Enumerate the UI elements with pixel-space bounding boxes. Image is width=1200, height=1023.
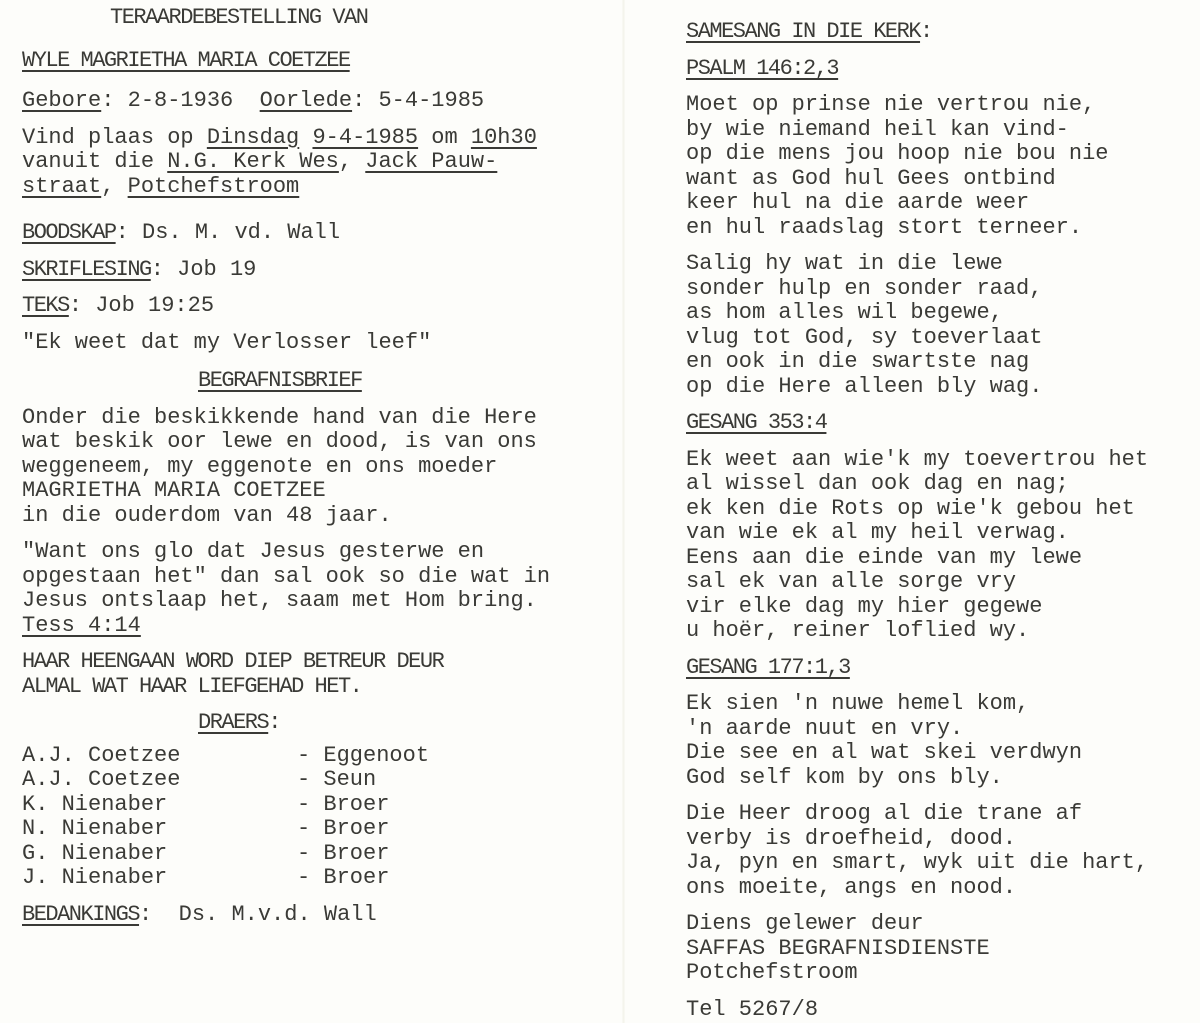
bearer-relation: - Broer [297, 842, 389, 867]
letter-body: Onder die beskikkende hand van die Herew… [22, 406, 592, 529]
phone-number: Tel 5267/8 [686, 998, 1196, 1023]
letter-heading: BEGRAFNISBRIEF [22, 369, 592, 394]
scripture-quote: "Ek weet dat my Verlosser leef" [22, 331, 592, 356]
text-line: TEKS: Job 19:25 [22, 294, 592, 319]
hymn-line: Salig hy wat in die lewe [686, 252, 1196, 277]
bearer-name: G. Nienaber [22, 842, 297, 867]
service-heading: TERAARDEBESTELLING VAN [22, 6, 592, 31]
hymn-stanza: Moet op prinse nie vertrou nie,by wie ni… [686, 93, 1196, 240]
hymn-line: ek ken die Rots op wie'k gebou het [686, 497, 1196, 522]
hymn-line: op die Here alleen bly wag. [686, 375, 1196, 400]
singing-heading: SAMESANG IN DIE KERK [686, 19, 920, 44]
bearer-row: K. Nienaber- Broer [22, 793, 592, 818]
bearer-row: N. Nienaber- Broer [22, 817, 592, 842]
hymn-line: Die Heer droog al die trane af [686, 802, 1196, 827]
bearer-row: A.J. Coetzee- Seun [22, 768, 592, 793]
bearer-relation: - Broer [297, 817, 389, 842]
hymn-line: want as God hul Gees ontbind [686, 167, 1196, 192]
hymn-stanza: Die Heer droog al die trane afverby is d… [686, 802, 1196, 900]
hymn-stanza: Salig hy wat in die lewesonder hulp en s… [686, 252, 1196, 399]
hymn-line: vlug tot God, sy toeverlaat [686, 326, 1196, 351]
hymn-stanza: Ek weet aan wie'k my toevertrou hetal wi… [686, 448, 1196, 644]
verse-line: Jesus ontslaap het, saam met Hom bring. [22, 589, 592, 614]
dates-line: Gebore: 2-8-1936 Oorlede: 5-4-1985 [22, 89, 592, 114]
hymn-line: al wissel dan ook dag en nag; [686, 472, 1196, 497]
hymn-line: u hoër, reiner loflied wy. [686, 619, 1196, 644]
letter-line: in die ouderdom van 48 jaar. [22, 504, 592, 529]
thanks-label: BEDANKINGS [22, 902, 139, 927]
deceased-name-heading: WYLE MAGRIETHA MARIA COETZEE [22, 49, 592, 74]
venue-street: Jack Pauw- [365, 149, 497, 174]
hymn-line: ons moeite, angs en nood. [686, 876, 1196, 901]
service-line: SAFFAS BEGRAFNISDIENSTE [686, 937, 1196, 962]
hymn-line: as hom alles wil begewe, [686, 301, 1196, 326]
hymn-title: GESANG 177:1,3 [686, 656, 1196, 681]
service-line: Diens gelewer deur [686, 912, 1196, 937]
hymn-title: PSALM 146:2,3 [686, 57, 1196, 82]
bearer-name: A.J. Coetzee [22, 744, 297, 769]
verse-reference: Tess 4:14 [22, 614, 592, 639]
bearer-relation: - Eggenoot [297, 744, 429, 769]
died-label: Oorlede [260, 88, 352, 113]
thanks-line: BEDANKINGS: Ds. M.v.d. Wall [22, 903, 592, 928]
letter-line: Onder die beskikkende hand van die Here [22, 406, 592, 431]
service-line: Potchefstroom [686, 961, 1196, 986]
venue-day: Dinsdag [207, 125, 299, 150]
bearers-heading: DRAERS [198, 710, 268, 735]
right-page: SAMESANG IN DIE KERK: PSALM 146:2,3Moet … [686, 0, 1196, 1022]
hymn-line: keer hul na die aarde weer [686, 191, 1196, 216]
hymns: PSALM 146:2,3Moet op prinse nie vertrou … [686, 57, 1196, 901]
letter-line: weggeneem, my eggenote en ons moeder [22, 455, 592, 480]
bearer-name: J. Nienaber [22, 866, 297, 891]
hymn-line: op die mens jou hoop nie bou nie [686, 142, 1196, 167]
hymn-line: God self kom by ons bly. [686, 766, 1196, 791]
bearer-name: K. Nienaber [22, 793, 297, 818]
mourning-line: HAAR HEENGAAN WORD DIEP BETREUR DEUR [22, 650, 592, 675]
venue-time: 10h30 [471, 125, 537, 150]
hymn-line: verby is droefheid, dood. [686, 827, 1196, 852]
hymn-line: Ek sien 'n nuwe hemel kom, [686, 692, 1196, 717]
hymn-line: Eens aan die einde van my lewe [686, 546, 1196, 571]
born-label: Gebore [22, 88, 101, 113]
hymn-line: by wie niemand heil kan vind- [686, 118, 1196, 143]
verse-body: "Want ons glo dat Jesus gesterwe enopges… [22, 540, 592, 614]
hymn-line: Die see en al wat skei verdwyn [686, 741, 1196, 766]
hymn-line: van wie ek al my heil verwag. [686, 521, 1196, 546]
born-value: : 2-8-1936 [101, 88, 259, 113]
bearers-list: A.J. Coetzee- EggenootA.J. Coetzee- Seun… [22, 744, 592, 891]
reading-line: SKRIFLESING: Job 19 [22, 258, 592, 283]
venue-date: 9-4-1985 [312, 125, 418, 150]
hymn-line: sal ek van alle sorge vry [686, 570, 1196, 595]
bearer-relation: - Seun [297, 768, 376, 793]
bearer-row: A.J. Coetzee- Eggenoot [22, 744, 592, 769]
singing-heading-line: SAMESANG IN DIE KERK: [686, 20, 1196, 45]
hymn-line: en hul raadslag stort terneer. [686, 216, 1196, 241]
funeral-service-credit: Diens gelewer deurSAFFAS BEGRAFNISDIENST… [686, 912, 1196, 986]
hymn-line: Moet op prinse nie vertrou nie, [686, 93, 1196, 118]
hymn-stanza: Ek sien 'n nuwe hemel kom,'n aarde nuut … [686, 692, 1196, 790]
hymn-line: vir elke dag my hier gegewe [686, 595, 1196, 620]
hymn-title: GESANG 353:4 [686, 411, 1196, 436]
reading-label: SKRIFLESING [22, 257, 151, 282]
letter-line: wat beskik oor lewe en dood, is van ons [22, 430, 592, 455]
mourning-line: ALMAL WAT HAAR LIEFGEHAD HET. [22, 675, 592, 700]
mourning-notice: HAAR HEENGAAN WORD DIEP BETREUR DEURALMA… [22, 650, 592, 699]
bearer-relation: - Broer [297, 793, 389, 818]
hymn-line: Ek weet aan wie'k my toevertrou het [686, 448, 1196, 473]
message-line: BOODSKAP: Ds. M. vd. Wall [22, 221, 592, 246]
verse-line: opgestaan het" dan sal ook so die wat in [22, 565, 592, 590]
verse-line: "Want ons glo dat Jesus gesterwe en [22, 540, 592, 565]
bearer-relation: - Broer [297, 866, 389, 891]
hymn-line: Ja, pyn en smart, wyk uit die hart, [686, 851, 1196, 876]
hymn-line: sonder hulp en sonder raad, [686, 277, 1196, 302]
message-label: BOODSKAP [22, 220, 116, 245]
hymn-line: en ook in die swartste nag [686, 350, 1196, 375]
venue-town: Potchefstroom [128, 174, 300, 199]
bearers-heading-line: DRAERS: [22, 711, 592, 736]
page-fold [622, 0, 625, 1023]
letter-line: MAGRIETHA MARIA COETZEE [22, 479, 592, 504]
bearer-row: J. Nienaber- Broer [22, 866, 592, 891]
bearer-name: A.J. Coetzee [22, 768, 297, 793]
venue-block: Vind plaas op Dinsdag 9-4-1985 om 10h30 … [22, 126, 592, 200]
left-page: TERAARDEBESTELLING VAN WYLE MAGRIETHA MA… [22, 0, 592, 927]
bearer-name: N. Nienaber [22, 817, 297, 842]
hymn-line: 'n aarde nuut en vry. [686, 717, 1196, 742]
died-value: : 5-4-1985 [352, 88, 484, 113]
text-label: TEKS [22, 293, 69, 318]
bearer-row: G. Nienaber- Broer [22, 842, 592, 867]
venue-church: N.G. Kerk Wes [167, 149, 339, 174]
